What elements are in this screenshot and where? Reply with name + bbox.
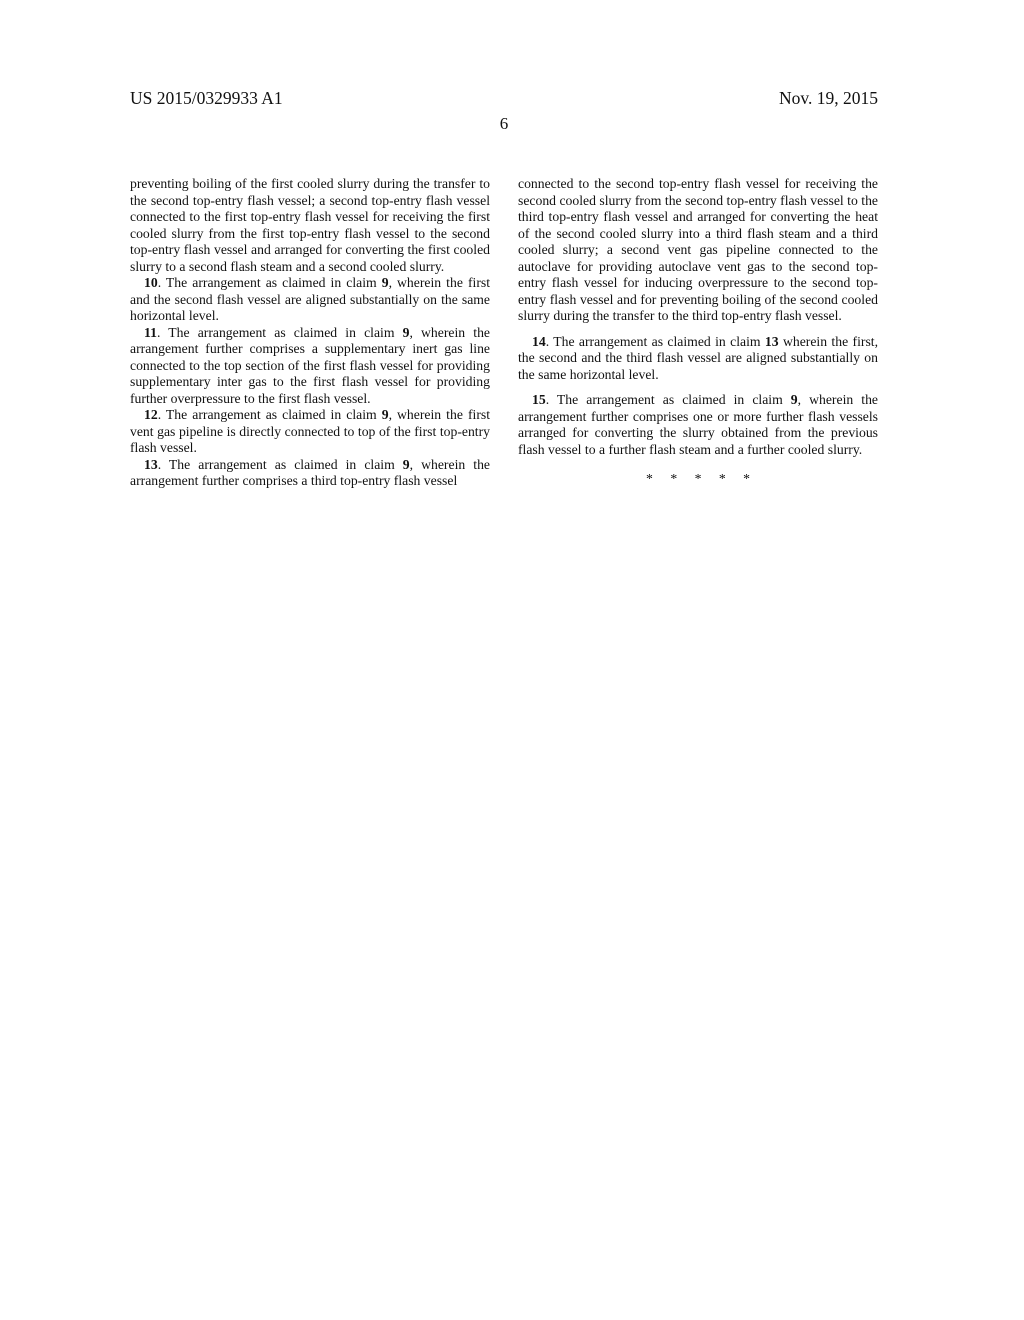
claim-text: . The arrangement as claimed in claim	[546, 334, 765, 349]
claim-text: . The arrangement as claimed in claim	[158, 407, 382, 422]
claim-text: . The arrangement as claimed in claim	[158, 275, 382, 290]
claim-13-continuation-text: connected to the second top-entry flash …	[518, 176, 878, 325]
claim-text: . The arrangement as claimed in claim	[158, 457, 403, 472]
claim-ref-number: 9	[791, 392, 798, 407]
page-number: 6	[130, 114, 878, 134]
claim-ref-number: 9	[382, 407, 389, 422]
claim-14: 14. The arrangement as claimed in claim …	[518, 334, 878, 384]
claim-number: 11	[144, 325, 157, 340]
claim-13: 13. The arrangement as claimed in claim …	[130, 457, 490, 490]
publication-date: Nov. 19, 2015	[779, 88, 878, 108]
claim-ref-number: 9	[403, 457, 410, 472]
claim-10: 10. The arrangement as claimed in claim …	[130, 275, 490, 325]
publication-number: US 2015/0329933 A1	[130, 88, 283, 108]
claim-number: 14	[532, 334, 546, 349]
claim-text: . The arrangement as claimed in claim	[546, 392, 791, 407]
claim-9-continuation-text: preventing boiling of the first cooled s…	[130, 176, 490, 275]
claim-number: 12	[144, 407, 158, 422]
right-column: connected to the second top-entry flash …	[518, 176, 878, 490]
patent-document-page: US 2015/0329933 A1 Nov. 19, 2015 6 preve…	[0, 0, 1024, 1320]
claim-12: 12. The arrangement as claimed in claim …	[130, 407, 490, 457]
claim-number: 13	[144, 457, 158, 472]
claim-ref-number: 13	[765, 334, 779, 349]
left-column: preventing boiling of the first cooled s…	[130, 176, 490, 490]
claim-text: . The arrangement as claimed in claim	[157, 325, 403, 340]
claim-ref-number: 9	[382, 275, 389, 290]
claim-15: 15. The arrangement as claimed in claim …	[518, 392, 878, 458]
claim-number: 10	[144, 275, 158, 290]
claims-text-block: preventing boiling of the first cooled s…	[130, 176, 878, 490]
claim-number: 15	[532, 392, 546, 407]
end-of-claims-marker: * * * * *	[518, 471, 878, 488]
claim-11: 11. The arrangement as claimed in claim …	[130, 325, 490, 408]
page-header: US 2015/0329933 A1 Nov. 19, 2015	[130, 88, 878, 108]
